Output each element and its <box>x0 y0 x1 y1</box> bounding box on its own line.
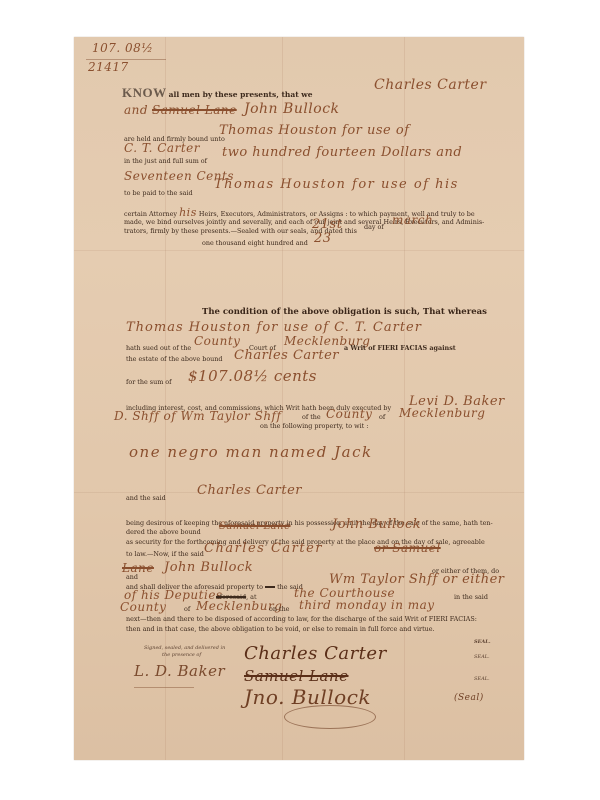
print-text: dered the above bound <box>126 528 201 536</box>
print-text: in the said <box>454 593 488 601</box>
print-text: a Writ of FIERI FACIAS against <box>344 344 456 352</box>
condition-heading: The condition of the above obligation is… <box>202 308 487 316</box>
handwritten-sum: two hundred fourteen Dollars and <box>222 145 462 160</box>
print-text: and the said <box>126 494 166 502</box>
handwritten-name: John Bullock <box>164 560 253 575</box>
margin-note-number: 21417 <box>88 60 129 74</box>
know-line: KNOW all men by these presents, that we <box>122 89 313 99</box>
signature-flourish <box>284 705 376 729</box>
handwritten-name: John Bullock <box>244 101 340 117</box>
print-text: one thousand eight hundred and <box>202 239 308 247</box>
print-text: next—then and there to be disposed of ac… <box>126 615 477 623</box>
seal-mark: (Seal) <box>454 693 484 703</box>
print-text: for the sum of <box>126 378 172 386</box>
witness-label: the presence of <box>162 651 201 659</box>
handwritten-officer: D. Shff of Wm Taylor Shff <box>114 409 281 423</box>
handwritten-property: one negro man named Jack <box>129 443 373 461</box>
know-word: KNOW <box>122 85 167 100</box>
print-text: then and in that case, the above obligat… <box>126 625 435 633</box>
print-text: to be paid to the said <box>124 189 193 197</box>
handwritten-year: 23 <box>314 231 332 246</box>
handwritten-county: County <box>326 407 372 421</box>
print-text: in the just and full sum of <box>124 157 207 165</box>
handwritten-county: County <box>120 600 166 614</box>
handwritten-name: Charles Carter <box>234 348 339 363</box>
signature-struck: Samuel Lane <box>244 667 349 685</box>
print-text: to law.—Now, if the said <box>126 550 204 558</box>
print-text: of <box>184 605 190 613</box>
handwritten-name: Charles Carter <box>204 541 323 556</box>
rule <box>134 687 194 688</box>
print-text: certain Attorney <box>124 210 177 218</box>
fold-line <box>74 250 524 251</box>
print-text: all men by these presents, that we <box>169 90 313 99</box>
signature-charles-carter: Charles Carter <box>244 643 387 664</box>
seal-label: SEAL. <box>474 675 490 683</box>
print-text: the estate of the above bound <box>126 355 223 363</box>
seal-label: SEAL. <box>474 653 490 661</box>
handwritten-name: Thomas Houston for use of his <box>214 177 459 192</box>
print-text: of the <box>302 413 321 421</box>
handwritten-name: Thomas Houston for use of C. T. Carter <box>126 320 422 335</box>
handwritten-officer: Wm Taylor Shff or either <box>329 572 504 587</box>
handwritten-county: County <box>194 334 240 348</box>
handwritten-and: and <box>124 103 148 117</box>
struck-name: Samuel Lane <box>152 103 237 117</box>
strike-mark <box>265 586 275 588</box>
witness-signature: L. D. Baker <box>134 662 225 680</box>
handwritten-county-name: Mecklenburg <box>399 406 485 420</box>
handwritten-name: C. T. Carter <box>124 141 200 155</box>
bond-document: 107. 08½ 21417 KNOW all men by these pre… <box>74 37 524 760</box>
handwritten-name: Charles Carter <box>374 77 487 93</box>
handwritten-name: John Bullock <box>332 517 421 532</box>
struck-name: or Samuel <box>374 541 441 555</box>
print-text: hath sued out of the <box>126 344 191 352</box>
handwritten-sum: $107.08½ cents <box>188 367 317 385</box>
print-text: of <box>379 413 385 421</box>
handwritten-date: third monday in may <box>299 598 435 612</box>
margin-note-amount: 107. 08½ <box>92 41 153 55</box>
struck-name: Samuel Lane <box>219 521 291 532</box>
print-text: and <box>126 573 138 581</box>
print-text: being desirous of keeping the aforesaid … <box>126 519 493 527</box>
handwritten-day: 21st <box>312 217 342 232</box>
print-text: on the <box>269 605 289 613</box>
print-text: day of <box>364 223 384 231</box>
handwritten-name: Thomas Houston for use of <box>219 123 410 138</box>
handwritten-name: Charles Carter <box>197 483 302 498</box>
seal-label: SEAL. <box>474 638 491 646</box>
handwritten-month: march <box>392 213 433 227</box>
print-text: on the following property, to wit : <box>260 422 368 430</box>
